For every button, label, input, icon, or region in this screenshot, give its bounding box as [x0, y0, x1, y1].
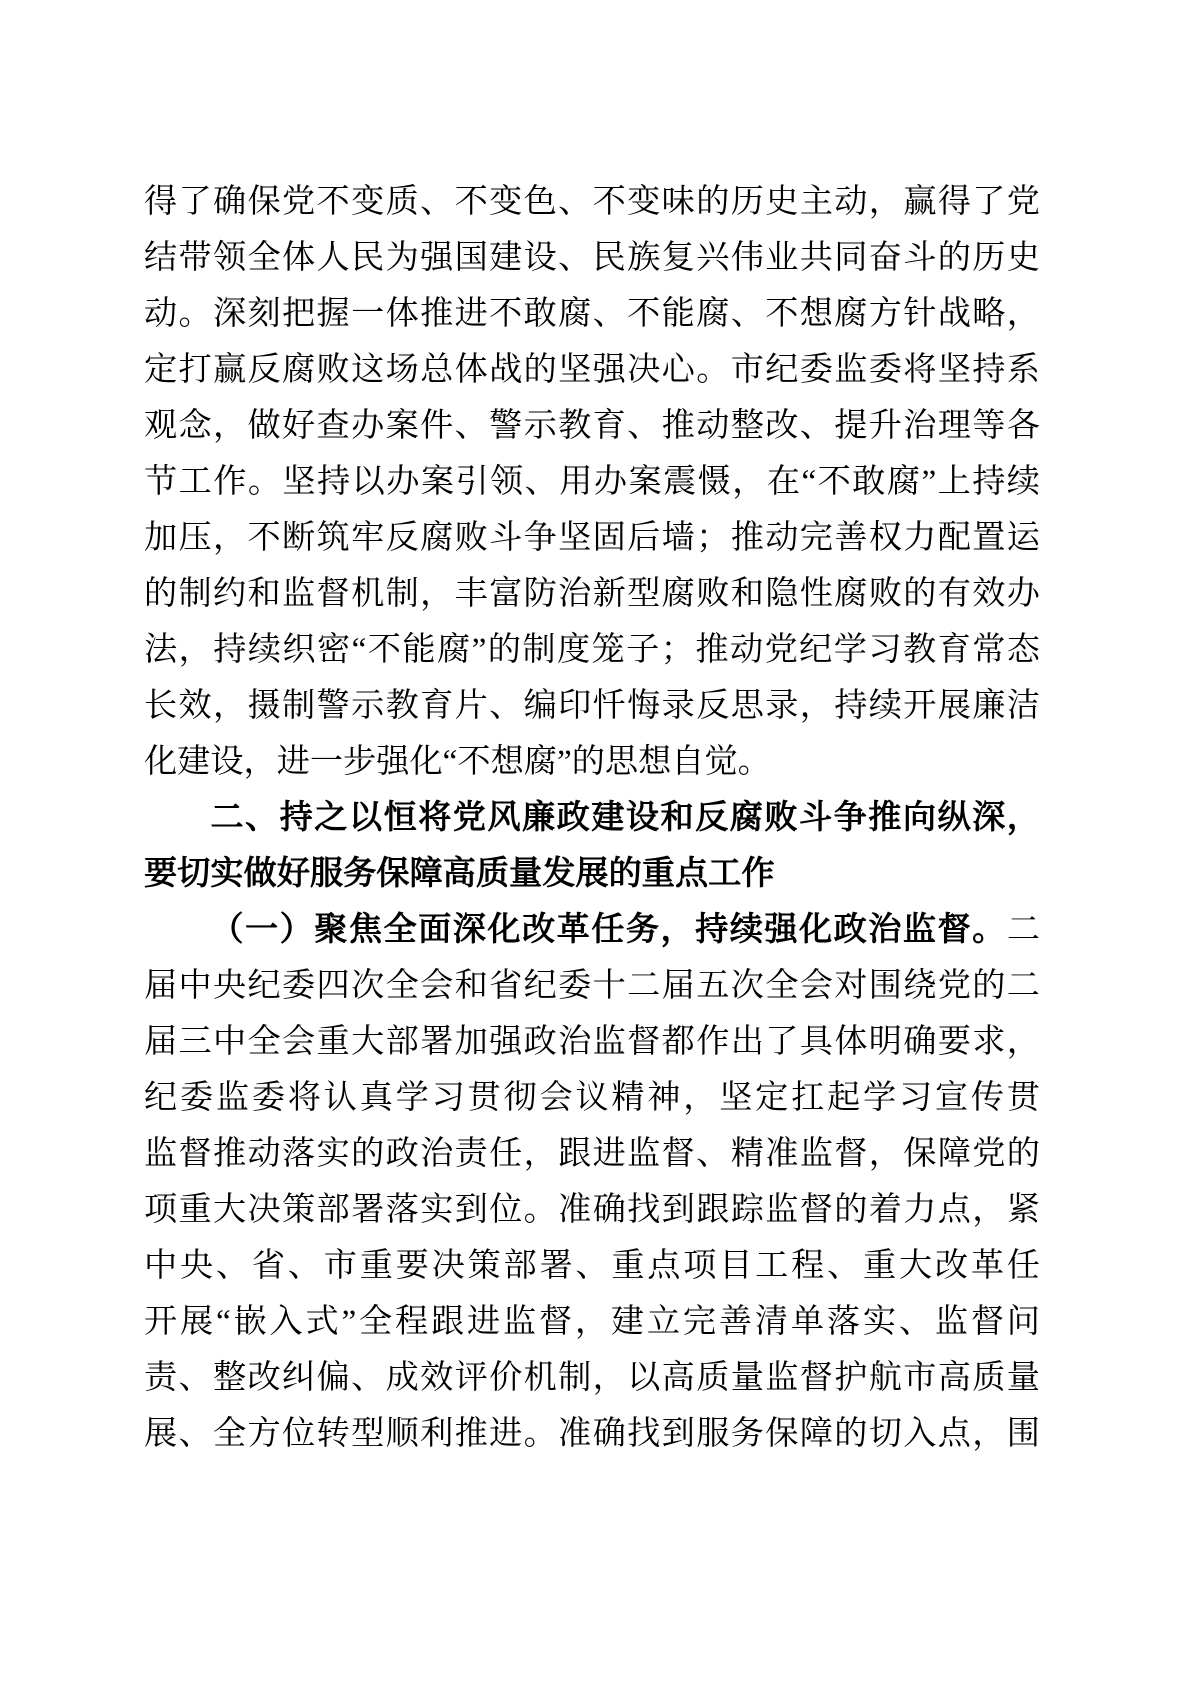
- text-run: 的制约和监督机制，丰富防治新型腐败和隐性腐败的有效办: [144, 575, 1040, 612]
- bold-run: 二、持之以恒将党风廉政建设和反腐败斗争推向纵深，就: [144, 799, 1040, 846]
- text-line: 监督推动落实的政治责任，跟进监督、精准监督，保障党的各: [144, 1126, 1040, 1182]
- text-run: 观念，做好查办案件、警示教育、推动整改、提升治理等各环: [144, 407, 1040, 454]
- text-line: 观念，做好查办案件、警示教育、推动整改、提升治理等各环: [144, 398, 1040, 454]
- text-line: 节工作。坚持以办案引领、用办案震慑，在“不敢腐”上持续: [144, 454, 1040, 510]
- text-line: 的制约和监督机制，丰富防治新型腐败和隐性腐败的有效办: [144, 566, 1040, 622]
- text-run: 定打赢反腐败这场总体战的坚强决心。市纪委监委将坚持系统: [144, 351, 1040, 398]
- text-line: 责、整改纠偏、成效评价机制，以高质量监督护航市高质量发: [144, 1350, 1040, 1406]
- text-line: 开展“嵌入式”全程跟进监督，建立完善清单落实、监督问: [144, 1294, 1040, 1350]
- text-run: 展、全方位转型顺利推进。准确找到服务保障的切入点，围绕: [144, 1415, 1040, 1462]
- text-line: 加压，不断筑牢反腐败斗争坚固后墙；推动完善权力配置运行: [144, 510, 1040, 566]
- text-line: 中央、省、市重要决策部署、重点项目工程、重大改革任务，: [144, 1238, 1040, 1294]
- document-page: 得了确保党不变质、不变色、不变味的历史主动，赢得了党团结带领全体人民为强国建设、…: [0, 0, 1190, 1683]
- section-heading-line: 二、持之以恒将党风廉政建设和反腐败斗争推向纵深，就: [144, 790, 1040, 846]
- bold-run: （一）聚焦全面深化改革任务，持续强化政治监督。: [210, 911, 1006, 948]
- bold-run: 要切实做好服务保障高质量发展的重点工作: [144, 855, 775, 892]
- text-line: 届中央纪委四次全会和省纪委十二届五次全会对围绕党的二十: [144, 958, 1040, 1014]
- text-run: 监督推动落实的政治责任，跟进监督、精准监督，保障党的各: [144, 1135, 1040, 1182]
- text-run: 动。深刻把握一体推进不敢腐、不能腐、不想腐方针战略，坚: [144, 295, 1040, 342]
- text-line: （一）聚焦全面深化改革任务，持续强化政治监督。二十: [144, 902, 1040, 958]
- document-body: 得了确保党不变质、不变色、不变味的历史主动，赢得了党团结带领全体人民为强国建设、…: [144, 174, 1040, 1462]
- text-run: 加压，不断筑牢反腐败斗争坚固后墙；推动完善权力配置运行: [144, 519, 1040, 566]
- text-line: 法，持续织密“不能腐”的制度笼子；推动党纪学习教育常态: [144, 622, 1040, 678]
- text-run: 法，持续织密“不能腐”的制度笼子；推动党纪学习教育常态: [144, 631, 1040, 668]
- text-run: 开展“嵌入式”全程跟进监督，建立完善清单落实、监督问: [144, 1303, 1040, 1340]
- text-line: 届三中全会重大部署加强政治监督都作出了具体明确要求，市: [144, 1014, 1040, 1070]
- text-line: 化建设，进一步强化“不想腐”的思想自觉。: [144, 734, 1040, 790]
- text-run: 长效，摄制警示教育片、编印忏悔录反思录，持续开展廉洁文: [144, 687, 1040, 734]
- text-run: 责、整改纠偏、成效评价机制，以高质量监督护航市高质量发: [144, 1359, 1040, 1406]
- text-run: 结带领全体人民为强国建设、民族复兴伟业共同奋斗的历史主: [144, 239, 1040, 286]
- text-line: 结带领全体人民为强国建设、民族复兴伟业共同奋斗的历史主: [144, 230, 1040, 286]
- text-line: 长效，摄制警示教育片、编印忏悔录反思录，持续开展廉洁文: [144, 678, 1040, 734]
- text-line: 纪委监委将认真学习贯彻会议精神，坚定扛起学习宣传贯彻、: [144, 1070, 1040, 1126]
- text-line: 项重大决策部署落实到位。准确找到跟踪监督的着力点，紧盯: [144, 1182, 1040, 1238]
- section-heading-line: 要切实做好服务保障高质量发展的重点工作: [144, 846, 1040, 902]
- text-run: 届三中全会重大部署加强政治监督都作出了具体明确要求，市: [144, 1023, 1040, 1070]
- text-run: 化建设，进一步强化“不想腐”的思想自觉。: [144, 743, 771, 780]
- text-run: 项重大决策部署落实到位。准确找到跟踪监督的着力点，紧盯: [144, 1191, 1040, 1238]
- text-run: 纪委监委将认真学习贯彻会议精神，坚定扛起学习宣传贯彻、: [144, 1079, 1040, 1126]
- text-line: 展、全方位转型顺利推进。准确找到服务保障的切入点，围绕: [144, 1406, 1040, 1462]
- text-run: 得了确保党不变质、不变色、不变味的历史主动，赢得了党团: [144, 183, 1040, 230]
- text-line: 得了确保党不变质、不变色、不变味的历史主动，赢得了党团: [144, 174, 1040, 230]
- text-run: 中央、省、市重要决策部署、重点项目工程、重大改革任务，: [144, 1247, 1040, 1294]
- text-line: 动。深刻把握一体推进不敢腐、不能腐、不想腐方针战略，坚: [144, 286, 1040, 342]
- text-line: 定打赢反腐败这场总体战的坚强决心。市纪委监委将坚持系统: [144, 342, 1040, 398]
- text-run: 届中央纪委四次全会和省纪委十二届五次全会对围绕党的二十: [144, 967, 1040, 1014]
- text-run: 节工作。坚持以办案引领、用办案震慑，在“不敢腐”上持续: [144, 463, 1040, 500]
